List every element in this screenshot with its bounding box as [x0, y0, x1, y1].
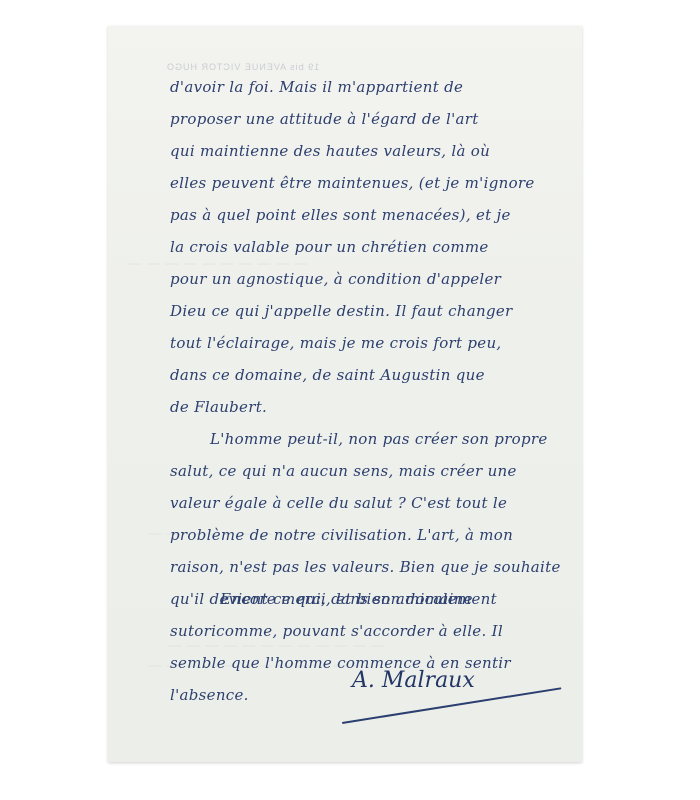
letter-line: Dieu ce qui j'appelle destin. Il faut ch…: [170, 302, 513, 320]
letter-line: valeur égale à celle du salut ? C'est to…: [170, 494, 507, 512]
letter-line: qui maintienne des hautes valeurs, là où: [170, 142, 490, 160]
signature: A. Malraux: [352, 668, 475, 693]
letter-line: dans ce domaine, de saint Augustin que: [170, 366, 485, 384]
letter-line: pas à quel point elles sont menacées), e…: [170, 206, 511, 224]
letter-line-paragraph-start: L'homme peut-il, non pas créer son propr…: [210, 430, 548, 448]
letter-line: salut, ce qui n'a aucun sens, mais créer…: [170, 462, 517, 480]
letter-line: raison, n'est pas les valeurs. Bien que …: [170, 558, 561, 576]
closing-line: Encore merci, et bien amicalement: [220, 590, 497, 608]
letter-line: problème de notre civilisation. L'art, à…: [170, 526, 513, 544]
letter-line: sutoricomme, pouvant s'accorder à elle. …: [170, 622, 503, 640]
letter-line: de Flaubert.: [170, 398, 267, 416]
letter-line: l'absence.: [170, 686, 249, 704]
letter-line: proposer une attitude à l'égard de l'art: [170, 110, 479, 128]
letter-line: d'avoir la foi. Mais il m'appartient de: [170, 78, 463, 96]
letter-line: tout l'éclairage, mais je me crois fort …: [170, 334, 502, 352]
letter-page: 19 bis AVENUE VICTOR HUGO — — — — — — — …: [108, 26, 582, 762]
letterhead-bleedthrough: 19 bis AVENUE VICTOR HUGO: [166, 62, 319, 72]
letter-line: pour un agnostique, à condition d'appele…: [170, 270, 501, 288]
bleedthrough-text: — — — — — — — — — — — —: [168, 638, 385, 654]
letter-line: elles peuvent être maintenues, (et je m'…: [170, 174, 535, 192]
letter-line: la crois valable pour un chrétien comme: [170, 238, 489, 256]
